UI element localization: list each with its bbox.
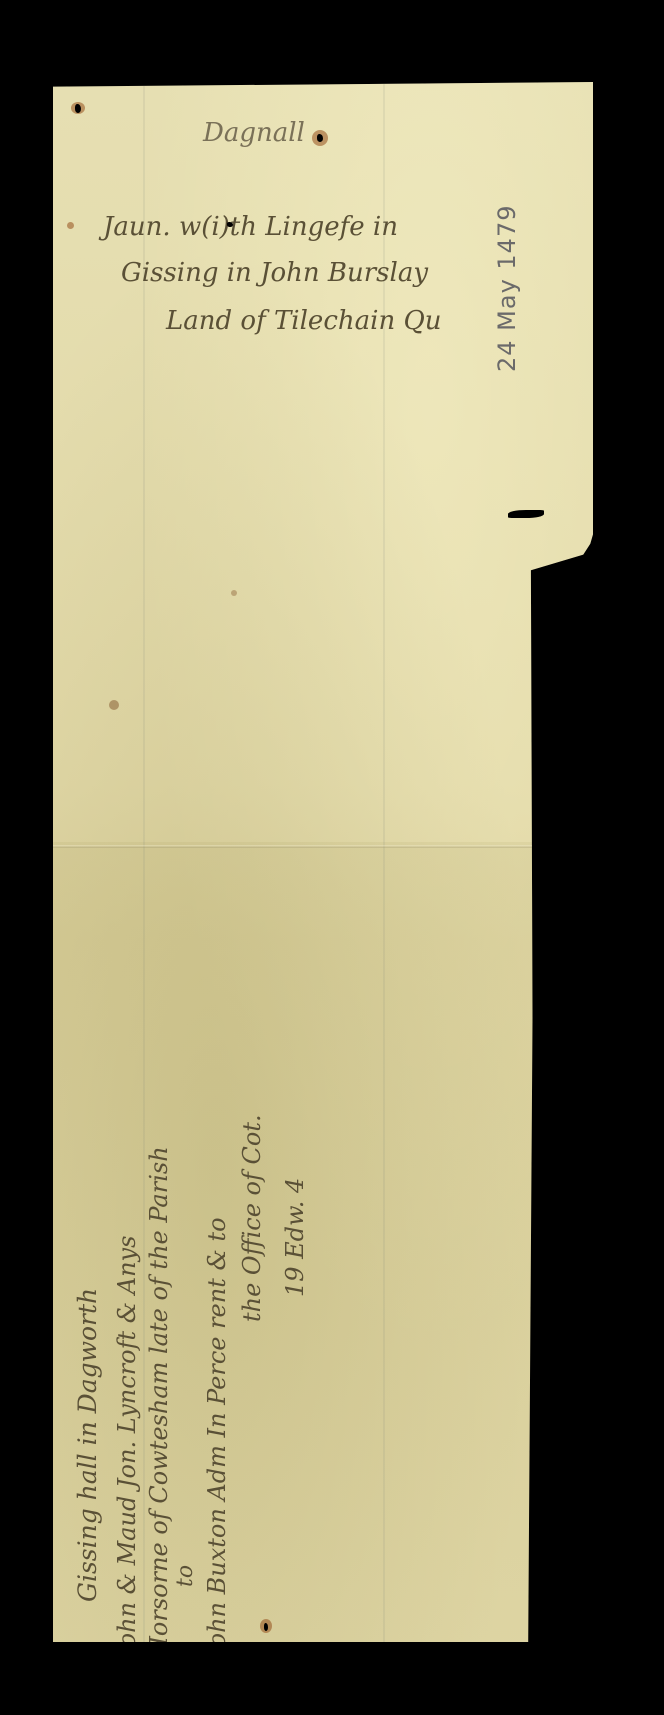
horizontal-fold-line (53, 845, 593, 848)
rust-stain (109, 700, 119, 710)
lower-line-6: the Office of Cot. (238, 1114, 266, 1322)
lower-line-2: John & Maud Jon. Lyncroft & Anys (113, 1236, 141, 1657)
lower-line-5: John Buxton Adm In Perce rent & to (203, 1217, 231, 1657)
upper-line-2: Gissing in John Burslay (121, 258, 428, 288)
paper-hole (317, 134, 323, 142)
heading-text: Dagnall (203, 118, 305, 148)
pencil-date: 24 May 1479 (493, 205, 521, 373)
paper-hole (75, 104, 81, 113)
paper-hole (264, 1623, 268, 1631)
manuscript-paper: Dagnall Jaun. w(i)th Lingefe in Gissing … (53, 82, 593, 1642)
rust-stain (67, 222, 74, 229)
paper-hole (227, 222, 233, 227)
lower-line-7: 19 Edw. 4 (281, 1178, 309, 1297)
rust-stain (427, 1653, 435, 1661)
lower-line-to: to (173, 1565, 198, 1587)
paper-tear (508, 510, 544, 518)
lower-line-3: Horsorne of Cowtesham late of the Parish (145, 1146, 173, 1657)
upper-line-1: Jaun. w(i)th Lingefe in (103, 212, 398, 242)
upper-line-3: Land of Tilechain Qu (166, 306, 442, 336)
lower-line-1: Gissing hall in Dagworth (73, 1288, 102, 1602)
rust-stain (231, 590, 237, 596)
rust-stain (435, 1651, 446, 1659)
